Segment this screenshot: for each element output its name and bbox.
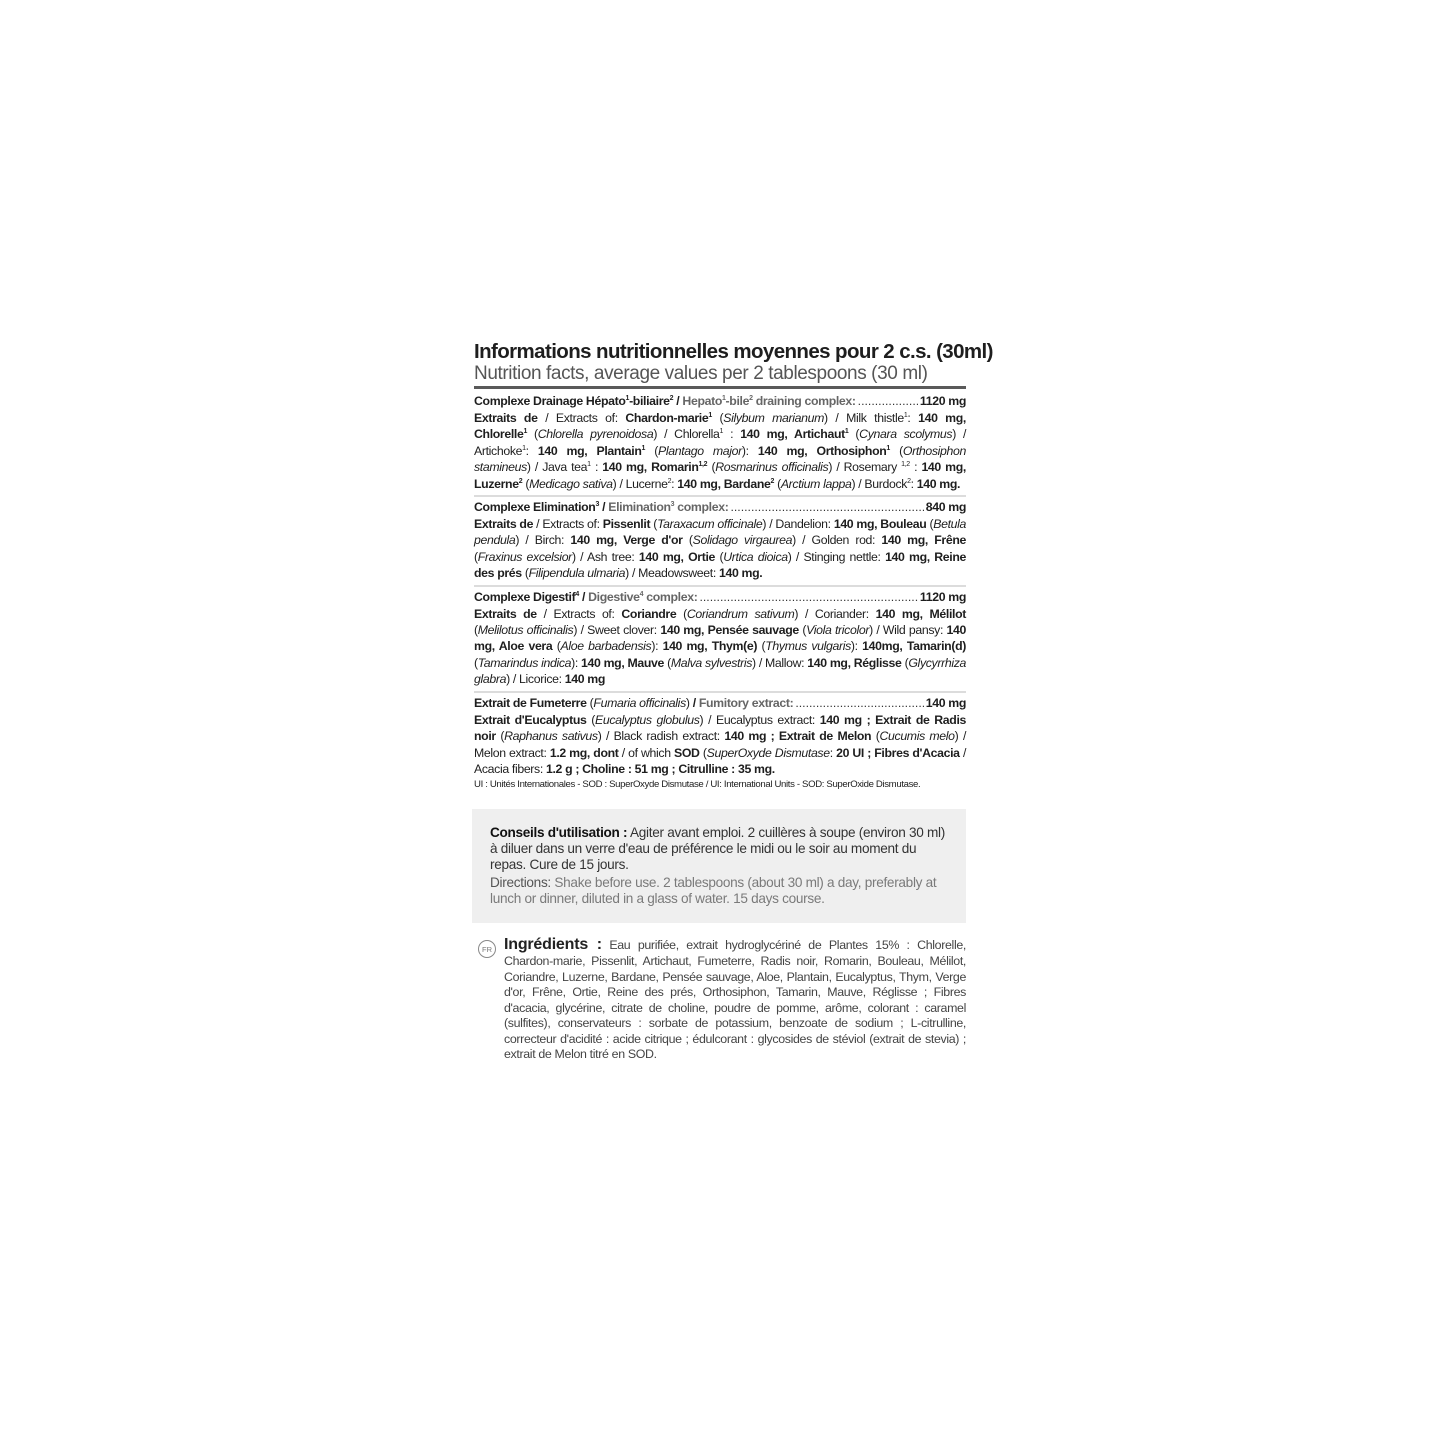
- section-amount: 1120 mg: [920, 589, 966, 606]
- usage-fr-label: Conseils d'utilisation :: [490, 825, 627, 840]
- leader-dots: [858, 393, 918, 410]
- usage-en: Directions: Shake before use. 2 tablespo…: [490, 875, 948, 907]
- section-header-fr: Complexe Drainage Hépato1-biliaire2 /: [474, 393, 679, 410]
- section-header-hepato: Complexe Drainage Hépato1-biliaire2 / He…: [474, 393, 966, 410]
- leader-dots: [730, 499, 923, 516]
- section-amount: 1120 mg: [920, 393, 966, 410]
- title-divider: [474, 386, 966, 389]
- section-header-en: Elimination3 complex:: [608, 499, 728, 516]
- section-body-digestive: Extraits de / Extracts of: Coriandre (Co…: [474, 606, 966, 688]
- section-amount: 140 mg: [926, 695, 966, 712]
- language-badge-icon: FR: [478, 940, 496, 958]
- usage-en-label: Directions:: [490, 875, 551, 890]
- title-fr: Informations nutritionnelles moyennes po…: [474, 340, 966, 364]
- section-header-fr: Complexe Digestif4 /: [474, 589, 585, 606]
- footnote: UI : Unités Internationales - SOD : Supe…: [474, 778, 966, 791]
- section-body-hepato: Extraits de / Extracts of: Chardon-marie…: [474, 410, 966, 492]
- usage-fr: Conseils d'utilisation : Agiter avant em…: [490, 825, 948, 873]
- section-header-en: Hepato1-bile2 draining complex:: [682, 393, 855, 410]
- ingredients-block: FR Ingrédients : Eau purifiée, extrait h…: [474, 937, 966, 1063]
- section-header-en: Fumitory extract:: [699, 695, 794, 712]
- leader-dots: [699, 589, 917, 606]
- section-header-fumitory: Extrait de Fumeterre (Fumaria officinali…: [474, 695, 966, 712]
- section-divider: [474, 585, 966, 587]
- section-header-fr: Complexe Elimination3 /: [474, 499, 605, 516]
- section-body-elimination: Extraits de / Extracts of: Pissenlit (Ta…: [474, 516, 966, 582]
- section-divider: [474, 691, 966, 693]
- section-header-fr: Extrait de Fumeterre (Fumaria officinali…: [474, 695, 696, 712]
- leader-dots: [795, 695, 923, 712]
- section-body-other-extracts: Extrait d'Eucalyptus (Eucalyptus globulu…: [474, 712, 966, 778]
- section-divider: [474, 495, 966, 497]
- title-en: Nutrition facts, average values per 2 ta…: [474, 364, 966, 384]
- ingredients-text: Eau purifiée, extrait hydroglycériné de …: [504, 938, 966, 1061]
- section-header-en: Digestive4 complex:: [588, 589, 697, 606]
- section-header-elimination: Complexe Elimination3 / Elimination3 com…: [474, 499, 966, 516]
- ingredients-label: Ingrédients :: [504, 936, 602, 953]
- nutrition-label: Informations nutritionnelles moyennes po…: [474, 340, 966, 1063]
- section-amount: 840 mg: [926, 499, 966, 516]
- usage-box: Conseils d'utilisation : Agiter avant em…: [472, 809, 966, 923]
- section-header-digestive: Complexe Digestif4 / Digestive4 complex:…: [474, 589, 966, 606]
- usage-en-text: Shake before use. 2 tablespoons (about 3…: [490, 875, 936, 906]
